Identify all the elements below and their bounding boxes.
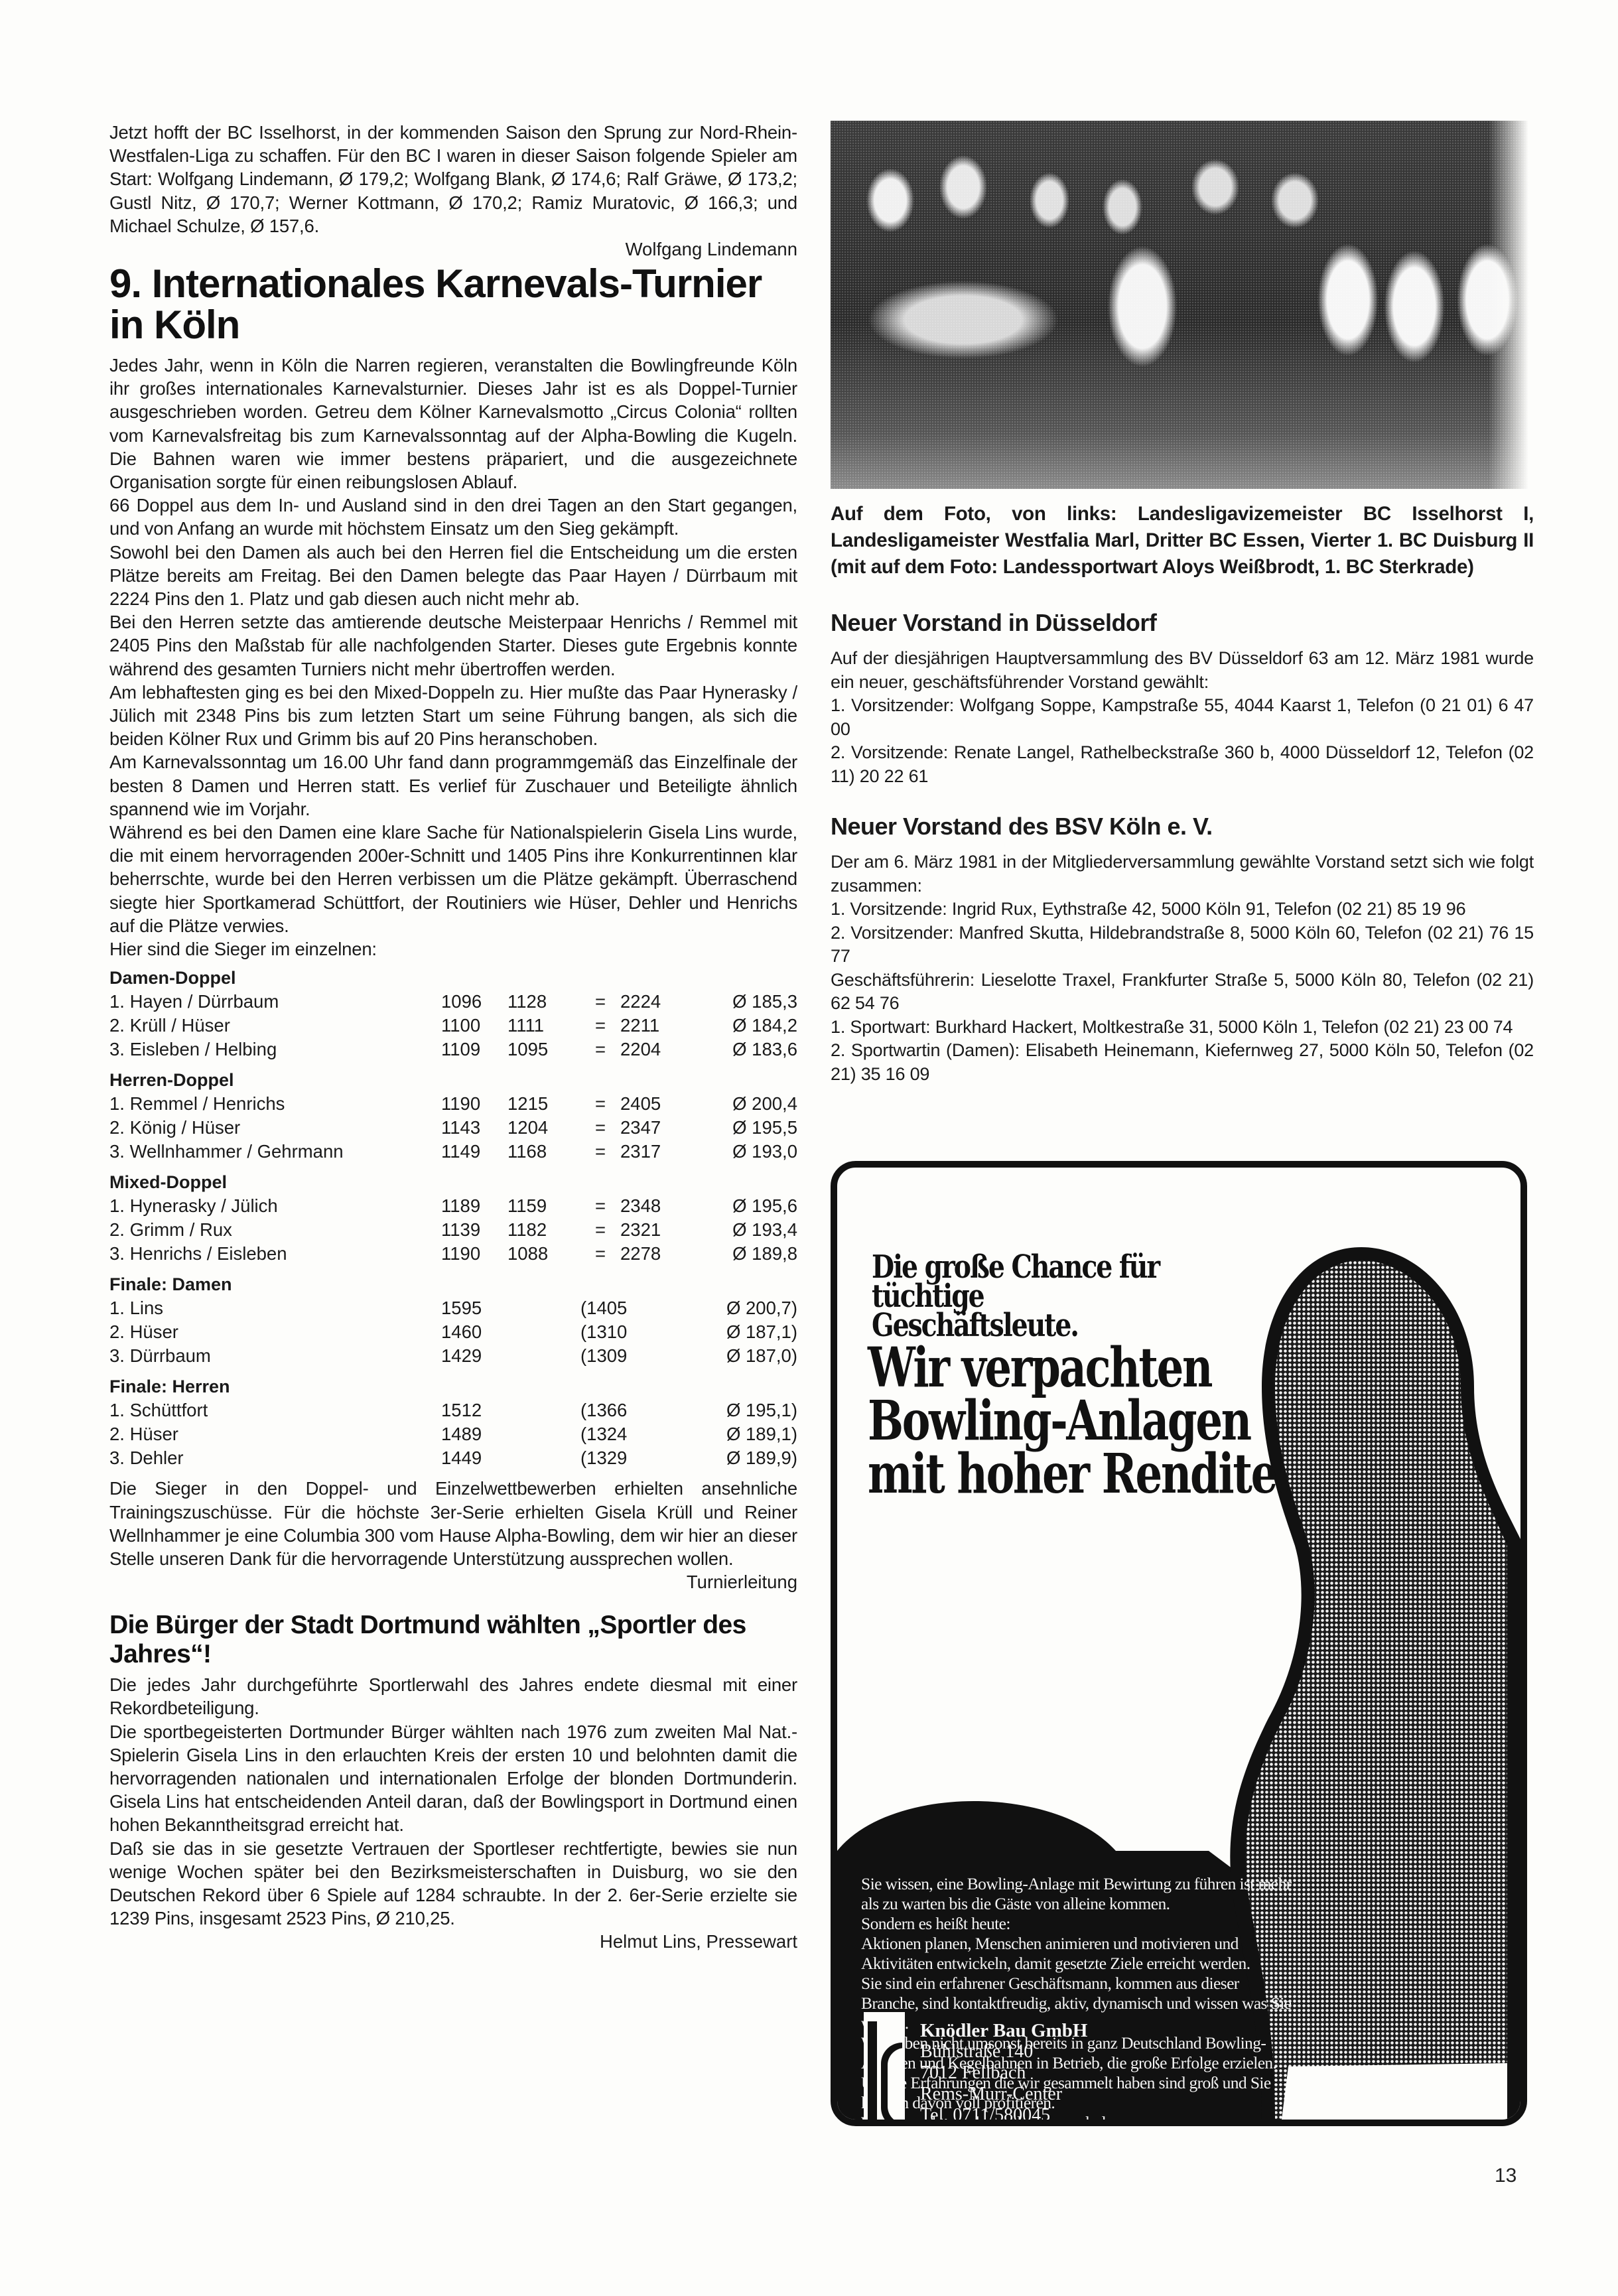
results-group: Herren-Doppel1. Remmel / Henrichs1190121… [109,1068,797,1164]
total: 2321 [620,1218,693,1242]
results-group-title: Damen-Doppel [109,966,797,990]
team-name: 3. Henrichs / Eisleben [109,1242,441,1266]
average: Ø 184,2 [693,1014,797,1038]
final-score: (1309 [507,1344,691,1368]
company-city: 7012 Fellbach [920,2062,1087,2084]
kb-logo-icon [864,2012,905,2126]
article-dortmund-body: Die jedes Jahr durchgeführte Sportlerwah… [109,1673,797,1930]
average: Ø 195,5 [693,1116,797,1140]
table-row: 2. Krüll / Hüser11001111=2211Ø 184,2 [109,1014,797,1038]
paragraph: Die sportbegeisterten Dortmunder Bürger … [109,1720,797,1837]
company-name: Knödler Bau GmbH [920,2020,1087,2041]
score-2: 1128 [507,990,580,1014]
article-koeln-body: Der am 6. März 1981 in der Mitgliederver… [831,850,1534,1086]
paragraph: Am Karnevalssonntag um 16.00 Uhr fand da… [109,750,797,821]
table-row: 1. Lins1595(1405Ø 200,7) [109,1296,797,1320]
table-row: 3. Eisleben / Helbing11091095=2204Ø 183,… [109,1038,797,1061]
average: Ø 193,0 [693,1140,797,1164]
total: 2348 [620,1194,693,1218]
score-1: 1190 [441,1092,507,1116]
paragraph: 66 Doppel aus dem In- und Ausland sind i… [109,494,797,540]
table-row: 2. Hüser1489(1324Ø 189,1) [109,1422,797,1446]
paragraph: 1. Vorsitzende: Ingrid Rux, Eythstraße 4… [831,898,1534,921]
equals: = [580,1116,620,1140]
score-1: 1190 [441,1242,507,1266]
paragraph: Während es bei den Damen eine klare Sach… [109,821,797,937]
paragraph: 1. Vorsitzender: Wolfgang Soppe, Kampstr… [831,694,1534,741]
score-2: 1159 [507,1194,580,1218]
equals: = [580,1194,620,1218]
paragraph: 2. Vorsitzende: Renate Langel, Rathelbec… [831,741,1534,788]
score-1: 1143 [441,1116,507,1140]
player-name: 1. Lins [109,1296,441,1320]
paragraph: Bei den Herren setzte das amtierende deu… [109,610,797,681]
ad-company-address: Knödler Bau GmbH Bühlstraße 140 7012 Fel… [920,2020,1087,2126]
table-row: 1. Hayen / Dürrbaum10961128=2224Ø 185,3 [109,990,797,1014]
player-name: 2. Hüser [109,1320,441,1344]
ad-paragraph: Sondern es heißt heute: [861,1914,1299,1934]
logo-arc [881,2043,902,2126]
paragraph: Der am 6. März 1981 in der Mitgliederver… [831,850,1534,898]
average: Ø 185,3 [693,990,797,1014]
average: Ø 189,8 [693,1242,797,1266]
team-name: 1. Remmel / Henrichs [109,1092,441,1116]
photo-fade [1489,121,1528,489]
final-score: (1405 [507,1296,691,1320]
score-2: 1182 [507,1218,580,1242]
right-column: Auf dem Foto, von links: Landesligavizem… [831,121,1534,1086]
total: 1512 [441,1398,507,1422]
results-group-title: Mixed-Doppel [109,1170,797,1194]
player-name: 1. Schüttfort [109,1398,441,1422]
score-2: 1204 [507,1116,580,1140]
average: Ø 189,9) [691,1446,797,1470]
ad-headline-large: Wir verpachten Bowling-Anlagen mit hoher… [868,1341,1333,1501]
score-1: 1139 [441,1218,507,1242]
article-duesseldorf-body: Auf der diesjährigen Hauptversammlung de… [831,647,1534,788]
paragraph: Auf der diesjährigen Hauptversammlung de… [831,647,1534,694]
score-2: 1111 [507,1014,580,1038]
total: 2211 [620,1014,693,1038]
page-number: 13 [1495,2165,1517,2187]
article-duesseldorf-title: Neuer Vorstand in Düsseldorf [831,608,1534,638]
final-score: (1324 [507,1422,691,1446]
team-name: 1. Hayen / Dürrbaum [109,990,441,1014]
score-1: 1100 [441,1014,507,1038]
article-koeln-title: Neuer Vorstand des BSV Köln e. V. [831,812,1534,841]
player-name: 3. Dürrbaum [109,1344,441,1368]
results-group: Finale: Damen1. Lins1595(1405Ø 200,7)2. … [109,1272,797,1368]
table-row: 2. König / Hüser11431204=2347Ø 195,5 [109,1116,797,1140]
table-row: 2. Grimm / Rux11391182=2321Ø 193,4 [109,1218,797,1242]
article-karneval-closing: Die Sieger in den Doppel- und Einzelwett… [109,1477,797,1570]
article-karneval-body: Jedes Jahr, wenn in Köln die Narren regi… [109,354,797,961]
table-row: 3. Henrichs / Eisleben11901088=2278Ø 189… [109,1242,797,1266]
results-group: Damen-Doppel1. Hayen / Dürrbaum10961128=… [109,966,797,1061]
ad-paragraph: Aktionen planen, Menschen animieren und … [861,1934,1299,1974]
total: 2278 [620,1242,693,1266]
magazine-page: Jetzt hofft der BC Isselhorst, in der ko… [0,0,1618,2296]
average: Ø 200,4 [693,1092,797,1116]
paragraph: Hier sind die Sieger im einzelnen: [109,937,797,961]
paragraph: Geschäftsführerin: Lieselotte Traxel, Fr… [831,969,1534,1016]
ad-headline-small: Die große Chance für tüchtige Geschäftsl… [872,1252,1176,1340]
player-name: 2. Hüser [109,1422,441,1446]
score-1: 1096 [441,990,507,1014]
ad-paragraph: Sie wissen, eine Bowling-Anlage mit Bewi… [861,1874,1299,1914]
total: 2347 [620,1116,693,1140]
article-dortmund-title: Die Bürger der Stadt Dortmund wählten „S… [109,1611,797,1669]
paragraph: 2. Sportwartin (Damen): Elisabeth Heinem… [831,1039,1534,1086]
article-karneval-author: Turnierleitung [109,1570,797,1593]
team-name: 2. Krüll / Hüser [109,1014,441,1038]
article-isselhorst-author: Wolfgang Lindemann [109,237,797,261]
paragraph: Sowohl bei den Damen als auch bei den He… [109,541,797,611]
score-2: 1168 [507,1140,580,1164]
article-dortmund-author: Helmut Lins, Pressewart [109,1930,797,1953]
score-2: 1088 [507,1242,580,1266]
article-karneval-title: 9. Internationales Karnevals-Turnier in … [109,263,797,346]
total: 1460 [441,1320,507,1344]
average: Ø 200,7) [691,1296,797,1320]
score-1: 1189 [441,1194,507,1218]
paragraph: 1. Sportwart: Burkhard Hackert, Moltkest… [831,1016,1534,1040]
article-isselhorst-text: Jetzt hofft der BC Isselhorst, in der ko… [109,121,797,237]
average: Ø 183,6 [693,1038,797,1061]
total: 2204 [620,1038,693,1061]
table-row: 3. Dehler1449(1329Ø 189,9) [109,1446,797,1470]
team-name: 3. Eisleben / Helbing [109,1038,441,1061]
total: 1595 [441,1296,507,1320]
results-group-title: Herren-Doppel [109,1068,797,1092]
table-row: 1. Remmel / Henrichs11901215=2405Ø 200,4 [109,1092,797,1116]
equals: = [580,1038,620,1061]
final-score: (1366 [507,1398,691,1422]
company-street: Bühlstraße 140 [920,2041,1087,2062]
company-phone: Tel. 0711/580045 [920,2105,1087,2126]
total: 1429 [441,1344,507,1368]
equals: = [580,1092,620,1116]
table-row: 2. Hüser1460(1310Ø 187,1) [109,1320,797,1344]
score-2: 1095 [507,1038,580,1061]
left-column: Jetzt hofft der BC Isselhorst, in der ko… [109,121,797,1953]
results-group-title: Finale: Herren [109,1375,797,1398]
team-name: 3. Wellnhammer / Gehrmann [109,1140,441,1164]
final-score: (1310 [507,1320,691,1344]
average: Ø 187,0) [691,1344,797,1368]
final-score: (1329 [507,1446,691,1470]
article-isselhorst: Jetzt hofft der BC Isselhorst, in der ko… [109,121,797,237]
equals: = [580,1140,620,1164]
advertisement-knoedler: Die große Chance für tüchtige Geschäftsl… [831,1161,1527,2126]
average: Ø 195,1) [691,1398,797,1422]
table-row: 1. Schüttfort1512(1366Ø 195,1) [109,1398,797,1422]
total: 1489 [441,1422,507,1446]
paragraph: 2. Vorsitzender: Manfred Skutta, Hildebr… [831,921,1534,969]
total: 1449 [441,1446,507,1470]
company-center: Rems-Murr-Center [920,2084,1087,2105]
table-row: 1. Hynerasky / Jülich11891159=2348Ø 195,… [109,1194,797,1218]
average: Ø 189,1) [691,1422,797,1446]
average: Ø 187,1) [691,1320,797,1344]
player-name: 3. Dehler [109,1446,441,1470]
score-1: 1149 [441,1140,507,1164]
results-group: Finale: Herren1. Schüttfort1512(1366Ø 19… [109,1375,797,1470]
results-tables: Damen-Doppel1. Hayen / Dürrbaum10961128=… [109,966,797,1470]
paragraph: Jedes Jahr, wenn in Köln die Narren regi… [109,354,797,494]
equals: = [580,1242,620,1266]
team-photo [831,121,1528,489]
team-name: 2. König / Hüser [109,1116,441,1140]
total: 2405 [620,1092,693,1116]
equals: = [580,1014,620,1038]
average: Ø 195,6 [693,1194,797,1218]
table-row: 3. Dürrbaum1429(1309Ø 187,0) [109,1344,797,1368]
score-2: 1215 [507,1092,580,1116]
paragraph: Daß sie das in sie gesetzte Vertrauen de… [109,1837,797,1930]
paragraph: Am lebhaftesten ging es bei den Mixed-Do… [109,681,797,751]
team-name: 2. Grimm / Rux [109,1218,441,1242]
score-1: 1109 [441,1038,507,1061]
results-group: Mixed-Doppel1. Hynerasky / Jülich1189115… [109,1170,797,1266]
total: 2224 [620,990,693,1014]
logo-bar [868,2021,877,2126]
paragraph: Die jedes Jahr durchgeführte Sportlerwah… [109,1673,797,1720]
results-group-title: Finale: Damen [109,1272,797,1296]
photo-caption: Auf dem Foto, von links: Landesligavizem… [831,501,1534,580]
paragraph: Die Sieger in den Doppel- und Einzelwett… [109,1477,797,1570]
team-name: 1. Hynerasky / Jülich [109,1194,441,1218]
equals: = [580,990,620,1014]
total: 2317 [620,1140,693,1164]
table-row: 3. Wellnhammer / Gehrmann11491168=2317Ø … [109,1140,797,1164]
average: Ø 193,4 [693,1218,797,1242]
equals: = [580,1218,620,1242]
